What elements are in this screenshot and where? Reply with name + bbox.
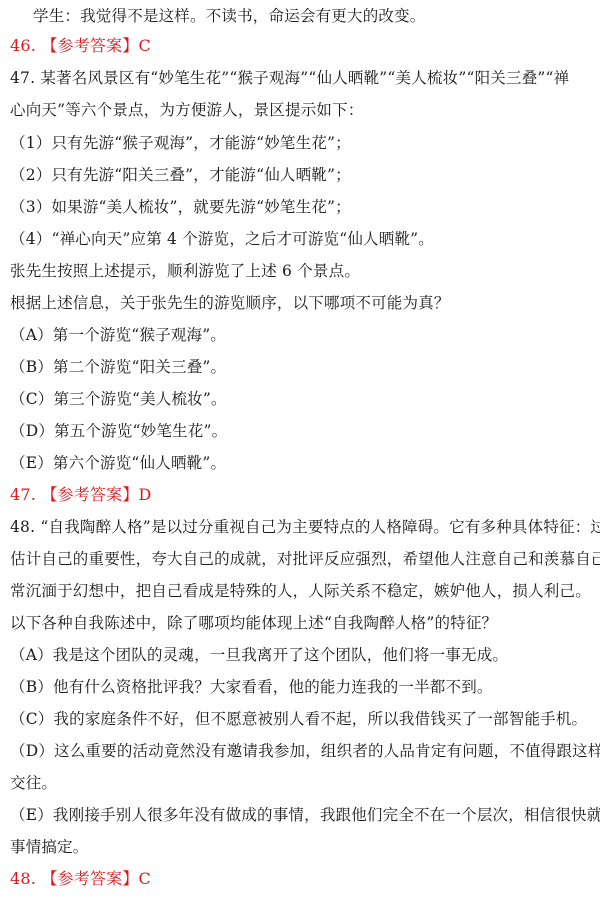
text-line: （B）第二个游览“阳关三叠”。 — [10, 357, 226, 377]
text-line: 常沉湎于幻想中，把自己看成是特殊的人，人际关系不稳定，嫉妒他人，损人利己。 — [10, 581, 591, 601]
text-line: （E）第六个游览“仙人晒靴”。 — [10, 453, 226, 473]
text-line: （C）第三个游览“美人梳妆”。 — [10, 389, 227, 409]
answer-line: 48. 【参考答案】C — [10, 869, 151, 889]
text-line: （1）只有先游“猴子观海”，才能游“妙笔生花”； — [10, 133, 351, 153]
text-line: 47. 某著名风景区有“妙笔生花”“猴子观海”“仙人晒靴”“美人梳妆”“阳关三叠… — [10, 68, 569, 88]
text-line: 以下各种自我陈述中，除了哪项均能体现上述“自我陶醉人格”的特征？ — [10, 613, 497, 633]
text-line: （2）只有先游“阳关三叠”，才能游“仙人晒靴”； — [10, 165, 351, 185]
text-line: 心向天”等六个景点，为方便游人，景区提示如下： — [10, 100, 364, 120]
text-line: （C）我的家庭条件不好，但不愿意被别人看不起，所以我借钱买了一部智能手机。 — [10, 709, 587, 729]
text-line: 学生：我觉得不是这样。不读书，命运会有更大的改变。 — [33, 6, 426, 26]
text-line: 事情搞定。 — [10, 837, 89, 857]
text-line: 张先生按照上述提示，顺利游览了上述 6 个景点。 — [10, 261, 360, 281]
text-line: （A）我是这个团队的灵魂，一旦我离开了这个团队，他们将一事无成。 — [10, 645, 508, 665]
text-line: （B）他有什么资格批评我？大家看看，他的能力连我的一半都不到。 — [10, 677, 493, 697]
answer-line: 47. 【参考答案】D — [10, 485, 152, 505]
text-line: 根据上述信息，关于张先生的游览顺序，以下哪项不可能为真？ — [10, 293, 450, 313]
text-line: （D）这么重要的活动竟然没有邀请我参加，组织者的人品肯定有问题，不值得跟这样的人 — [10, 741, 600, 761]
text-line: 48. “自我陶醉人格”是以过分重视自己为主要特点的人格障碍。它有多种具体特征：… — [10, 517, 600, 537]
text-line: （4）“禅心向天”应第 4 个游览，之后才可游览“仙人晒靴”。 — [10, 229, 434, 249]
text-line: 交往。 — [10, 773, 57, 793]
text-line: （A）第一个游览“猴子观海”。 — [10, 325, 226, 345]
text-line: （E）我刚接手别人很多年没有做成的事情，我跟他们完全不在一个层次，相信很快就会将 — [10, 805, 600, 825]
answer-line: 46. 【参考答案】C — [10, 36, 151, 56]
text-line: （D）第五个游览“妙笔生花”。 — [10, 421, 227, 441]
text-line: 估计自己的重要性，夸大自己的成就，对批评反应强烈，希望他人注意自己和羡慕自己；经 — [10, 549, 600, 569]
text-line: （3）如果游“美人梳妆”，就要先游“妙笔生花”； — [10, 197, 351, 217]
